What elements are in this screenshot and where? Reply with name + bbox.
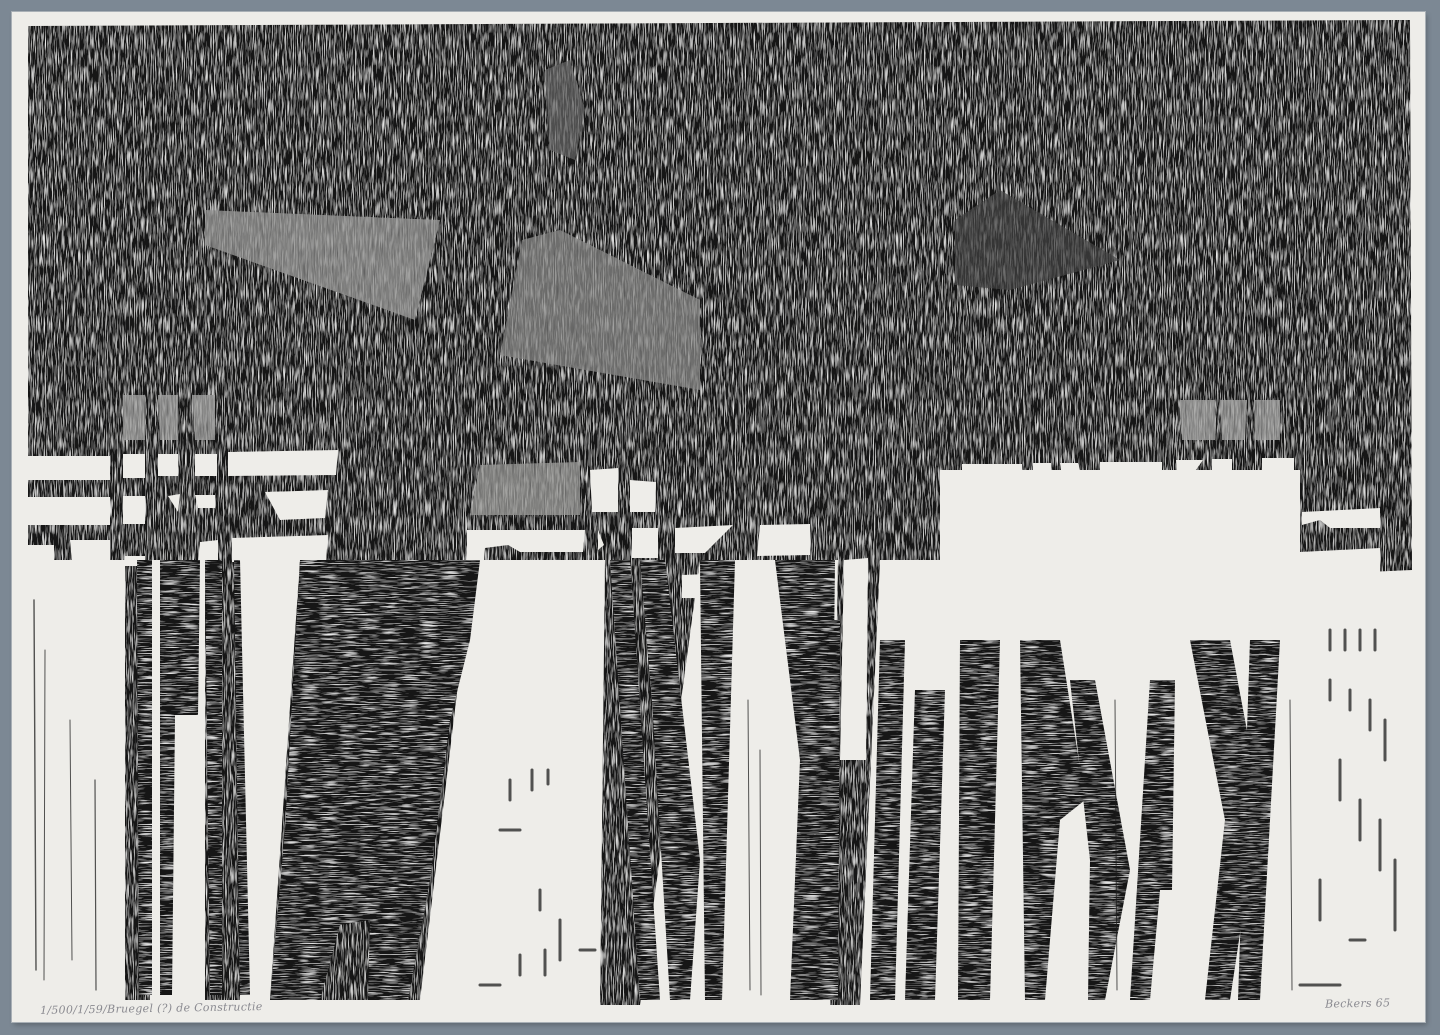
artwork-photo: 1/500/1/59/Bruegel (?) de Constructie Be… [0,0,1440,1035]
woodcut-print [0,0,1440,1035]
artist-signature: Beckers 65 [1325,996,1391,1010]
right-cross-top-hatch [1180,400,1280,440]
center-cross-hatch [470,462,580,515]
left-cross-top-hatch [123,395,215,440]
